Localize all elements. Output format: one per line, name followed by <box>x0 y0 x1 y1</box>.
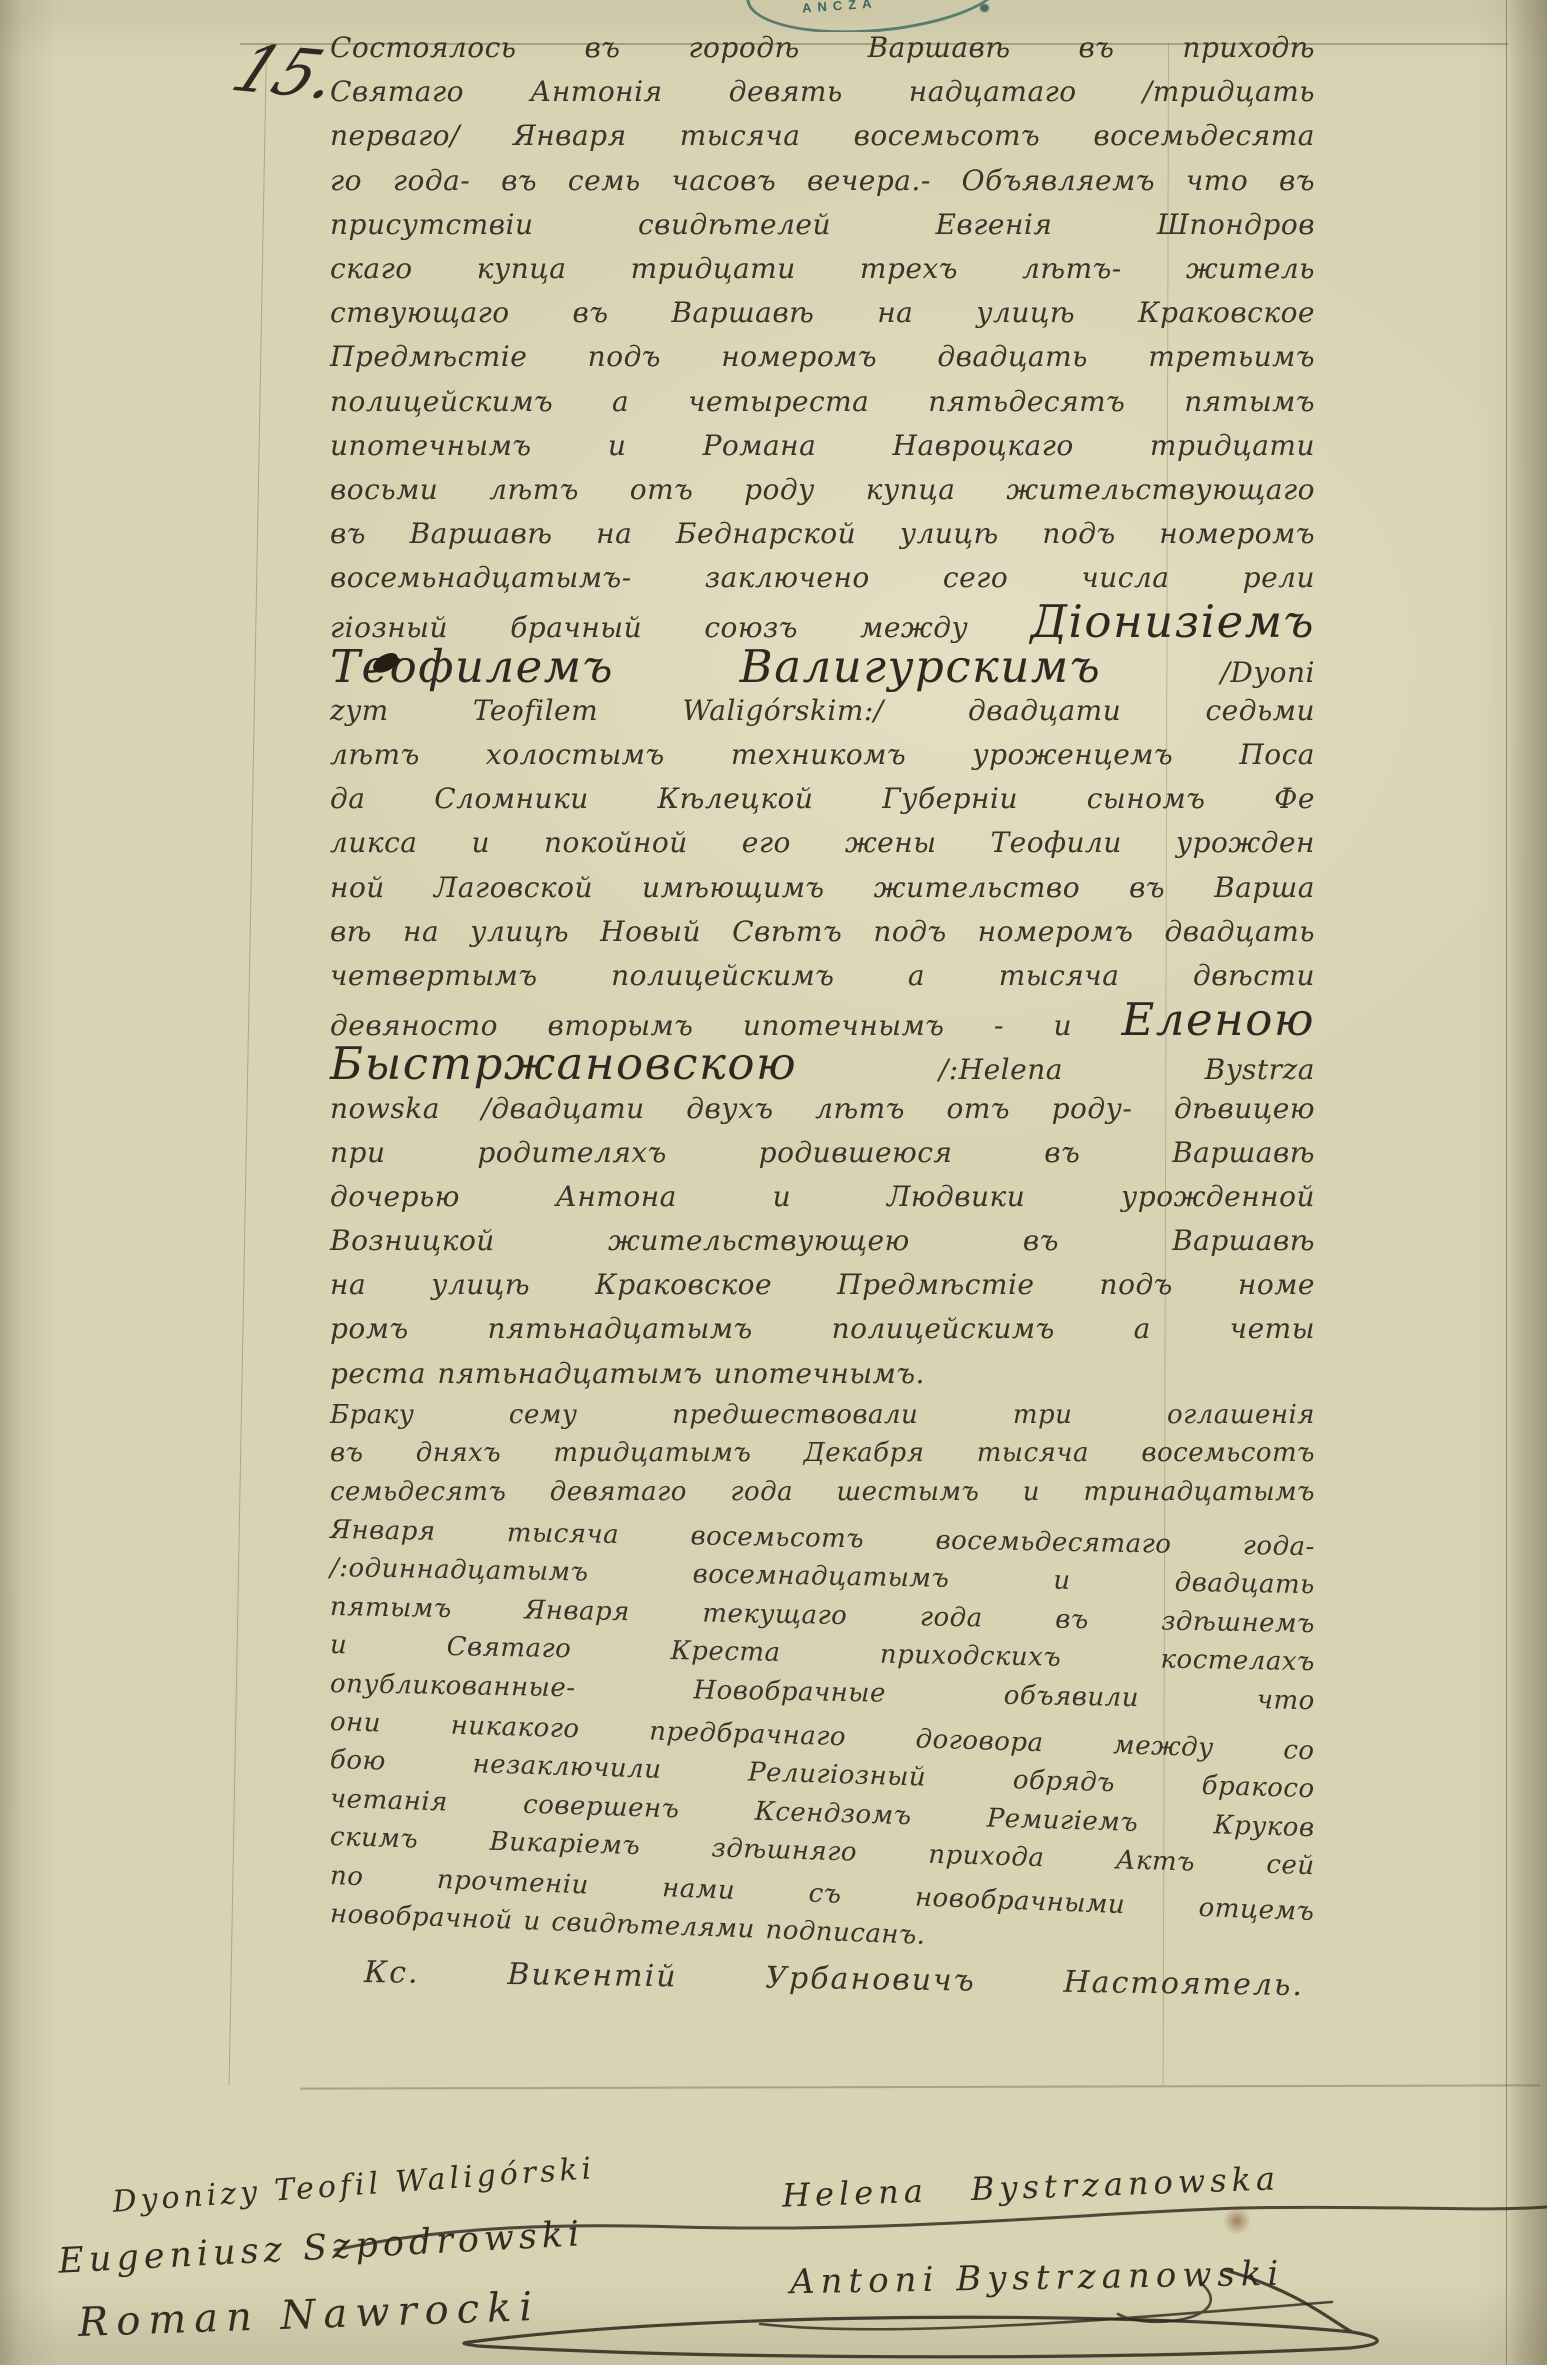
record-line: ромъ пятьнадцатымъ полицейскимъ а четы <box>330 1307 1315 1351</box>
record-line-segment: /Dyoni <box>1101 656 1315 689</box>
record-line: вѣ на улицѣ Новый Свѣтъ подъ номеромъ дв… <box>330 910 1315 954</box>
record-line-bride-name: девяносто вторымъ ипотечнымъ - и Еленою <box>330 998 1315 1042</box>
record-line: ликса и покойной его жены Теофили урожде… <box>330 821 1315 865</box>
record-text-block: Состоялось въ городѣ Варшавѣ въ приходѣ … <box>330 26 1315 1990</box>
record-line: при родителяхъ родившеюся въ Варшавѣ <box>330 1131 1315 1175</box>
record-line: въ Варшавѣ на Беднарской улицѣ подъ номе… <box>330 512 1315 556</box>
record-line: четвертымъ полицейскимъ а тысяча двѣсти <box>330 954 1315 998</box>
record-line: ной Лаговской имѣющимъ жительство въ Вар… <box>330 866 1315 910</box>
nawrocki-flourish <box>464 2270 1377 2357</box>
record-line-segment-large: Быстржановскою <box>330 1037 797 1090</box>
record-line: дочерью Антона и Людвики урожденной <box>330 1175 1315 1219</box>
record-line: да Сломники Кѣлецкой Губерніи сыномъ Фе <box>330 777 1315 821</box>
record-line-segment: /:Helena Bystrza <box>797 1053 1315 1086</box>
record-line: полицейскимъ а четыреста пятьдесятъ пяты… <box>330 380 1315 424</box>
record-line-segment-large: Еленою <box>1122 993 1315 1046</box>
record-line: ствующаго въ Варшавѣ на улицѣ Краковское <box>330 291 1315 335</box>
record-line: на улицѣ Краковское Предмѣстіе подъ номе <box>330 1263 1315 1307</box>
record-line-groom-name: гіозный брачный союзъ между Діонизіемъ <box>330 600 1315 644</box>
record-line-bride-name: Быстржановскою /:Helena Bystrza <box>330 1042 1315 1086</box>
record-line: ипотечнымъ и Романа Навроцкаго тридцати <box>330 424 1315 468</box>
record-line: семьдесятъ девятаго года шестымъ и трина… <box>330 1473 1315 1511</box>
bystrzanowski-flourish <box>760 2282 1332 2329</box>
record-line: восемьнадцатымъ- заключено сего числа ре… <box>330 556 1315 600</box>
pen-sweep-stroke <box>335 2207 1546 2250</box>
signature-flourishes <box>0 2080 1547 2365</box>
record-line: въ дняхъ тридцатымъ Декабря тысяча восем… <box>330 1434 1315 1472</box>
stamp-ink-dot <box>980 4 989 12</box>
record-line: Возницкой жительствующею въ Варшавѣ <box>330 1219 1315 1263</box>
record-line: восьми лѣтъ отъ роду купца жительствующа… <box>330 468 1315 512</box>
record-line: Состоялось въ городѣ Варшавѣ въ приходѣ <box>330 26 1315 70</box>
record-line: nowska /двадцати двухъ лѣтъ отъ роду- дѣ… <box>330 1087 1315 1131</box>
record-line: Святаго Антонія девять надцатаго /тридца… <box>330 70 1315 114</box>
record-line: лѣтъ холостымъ техникомъ уроженцемъ Поса <box>330 733 1315 777</box>
page-right-edge <box>1506 0 1547 2365</box>
record-line: скаго купца тридцати трехъ лѣтъ- житель <box>330 247 1315 291</box>
scanned-marriage-record-page: { "document": { "record_number": "15.", … <box>0 0 1547 2365</box>
record-line: го года- въ семь часовъ вечера.- Объявля… <box>330 159 1315 203</box>
record-line: реста пятьнадцатымъ ипотечнымъ. <box>330 1352 1315 1396</box>
record-line: Браку сему предшествовали три оглашенія <box>330 1396 1315 1434</box>
record-line-groom-name: Теофилемъ Валигурскимъ /Dyoni <box>330 645 1315 689</box>
record-line: Предмѣстіе подъ номеромъ двадцать третьи… <box>330 335 1315 379</box>
record-line-segment-large: Теофилемъ Валигурскимъ <box>330 640 1101 693</box>
record-line: присутствіи свидѣтелей Евгенія Шпондров <box>330 203 1315 247</box>
record-line: перваго/ Января тысяча восемьсотъ восемь… <box>330 114 1315 158</box>
record-line: zym Teofilem Waligórskim:/ двадцати седь… <box>330 689 1315 733</box>
